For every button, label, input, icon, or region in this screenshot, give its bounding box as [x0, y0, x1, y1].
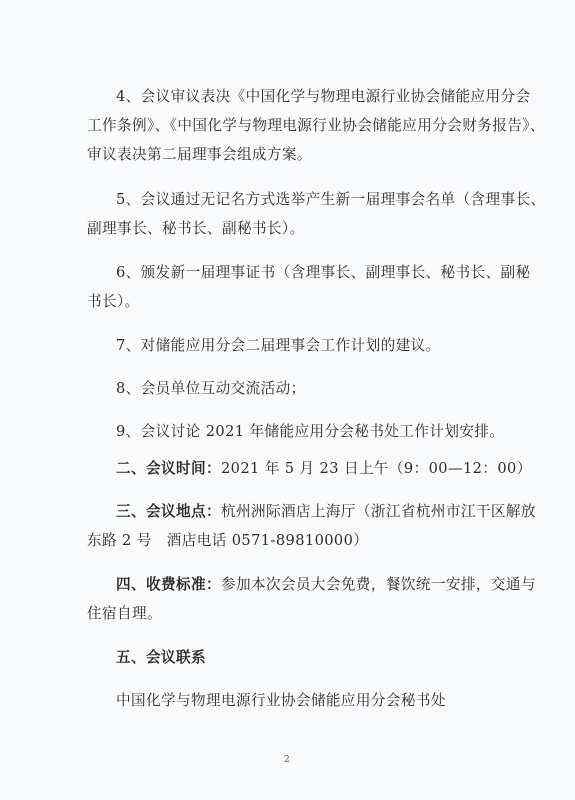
section-location-heading: 三、会议地点：	[116, 503, 221, 520]
item-4-line-2: 工作条例》、《中国化学与物理电源行业协会储能应用分会财务报告》、	[87, 117, 487, 135]
item-5-line-1: 5、会议通过无记名方式选举产生新一届理事会名单（含理事长、	[116, 191, 516, 209]
section-fees-heading: 四、收费标准：	[116, 576, 221, 593]
section-contact-heading: 五、会议联系	[116, 649, 516, 667]
document-page: 4、会议审议表决《中国化学与物理电源行业协会储能应用分会 工作条例》、《中国化学…	[0, 0, 575, 800]
item-6-line-1: 6、颁发新一届理事证书（含理事长、副理事长、秘书长、副秘	[116, 264, 516, 282]
section-fees: 四、收费标准：参加本次会员大会免费，餐饮统一安排，交通与	[116, 576, 516, 594]
item-9-line-1: 9、会议讨论 2021 年储能应用分会秘书处工作计划安排。	[116, 423, 516, 441]
section-fees-line-2: 住宿自理。	[87, 605, 487, 623]
item-4-line-3: 审议表决第二届理事会组成方案。	[87, 146, 487, 164]
item-8-line-1: 8、会员单位互动交流活动；	[116, 380, 516, 398]
item-6-line-2: 书长）。	[87, 293, 487, 311]
section-time-text: 2021 年 5 月 23 日上午（9：00—12：00）	[221, 460, 532, 477]
section-location: 三、会议地点：杭州洲际酒店上海厅（浙江省杭州市江干区解放	[116, 503, 516, 521]
section-contact-text: 中国化学与物理电源行业协会储能应用分会秘书处	[116, 692, 516, 710]
section-fees-text: 参加本次会员大会免费，餐饮统一安排，交通与	[221, 576, 536, 593]
page-number: 2	[284, 755, 290, 765]
section-time-heading: 二、会议时间：	[116, 460, 221, 477]
section-location-text: 杭州洲际酒店上海厅（浙江省杭州市江干区解放	[221, 503, 536, 520]
item-5-line-2: 副理事长、秘书长、副秘书长）。	[87, 220, 487, 238]
section-location-line-2: 东路 2 号 酒店电话 0571-89810000）	[87, 532, 487, 550]
item-7-line-1: 7、对储能应用分会二届理事会工作计划的建议。	[116, 337, 516, 355]
section-time: 二、会议时间：2021 年 5 月 23 日上午（9：00—12：00）	[116, 460, 516, 478]
item-4-line-1: 4、会议审议表决《中国化学与物理电源行业协会储能应用分会	[116, 88, 516, 106]
